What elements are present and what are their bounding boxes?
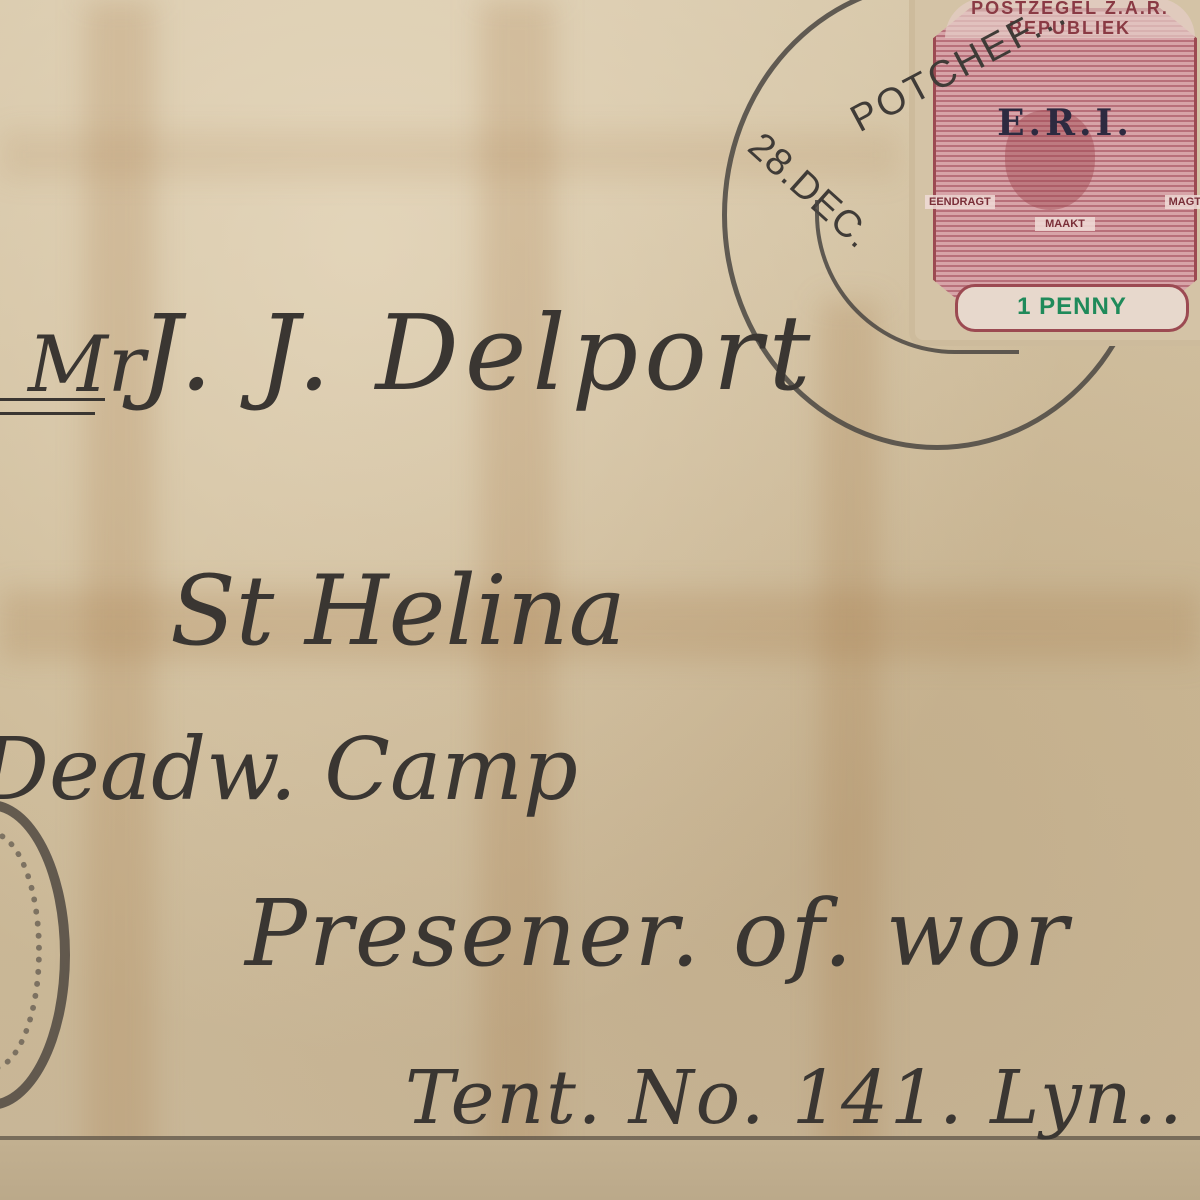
address-line-2: Deadw. Camp: [0, 720, 578, 820]
address-line-1: St Helina: [170, 555, 626, 667]
address-line-4: Tent. No. 141. Lyn..: [405, 1055, 1185, 1141]
addressee-title: Mr: [28, 320, 145, 410]
stamp-overprint: E.R.I.: [915, 102, 1200, 144]
title-underline: [0, 398, 105, 401]
stamp-motto-bottom: MAAKT: [1035, 217, 1095, 231]
address-line-3: Presener. of. wor: [245, 880, 1070, 987]
title-underline: [0, 412, 95, 415]
envelope-lower-area: [0, 1140, 1200, 1200]
stamp-motto-right: MAGT: [1165, 195, 1200, 209]
addressee-name: J. J. Delport: [140, 292, 816, 414]
